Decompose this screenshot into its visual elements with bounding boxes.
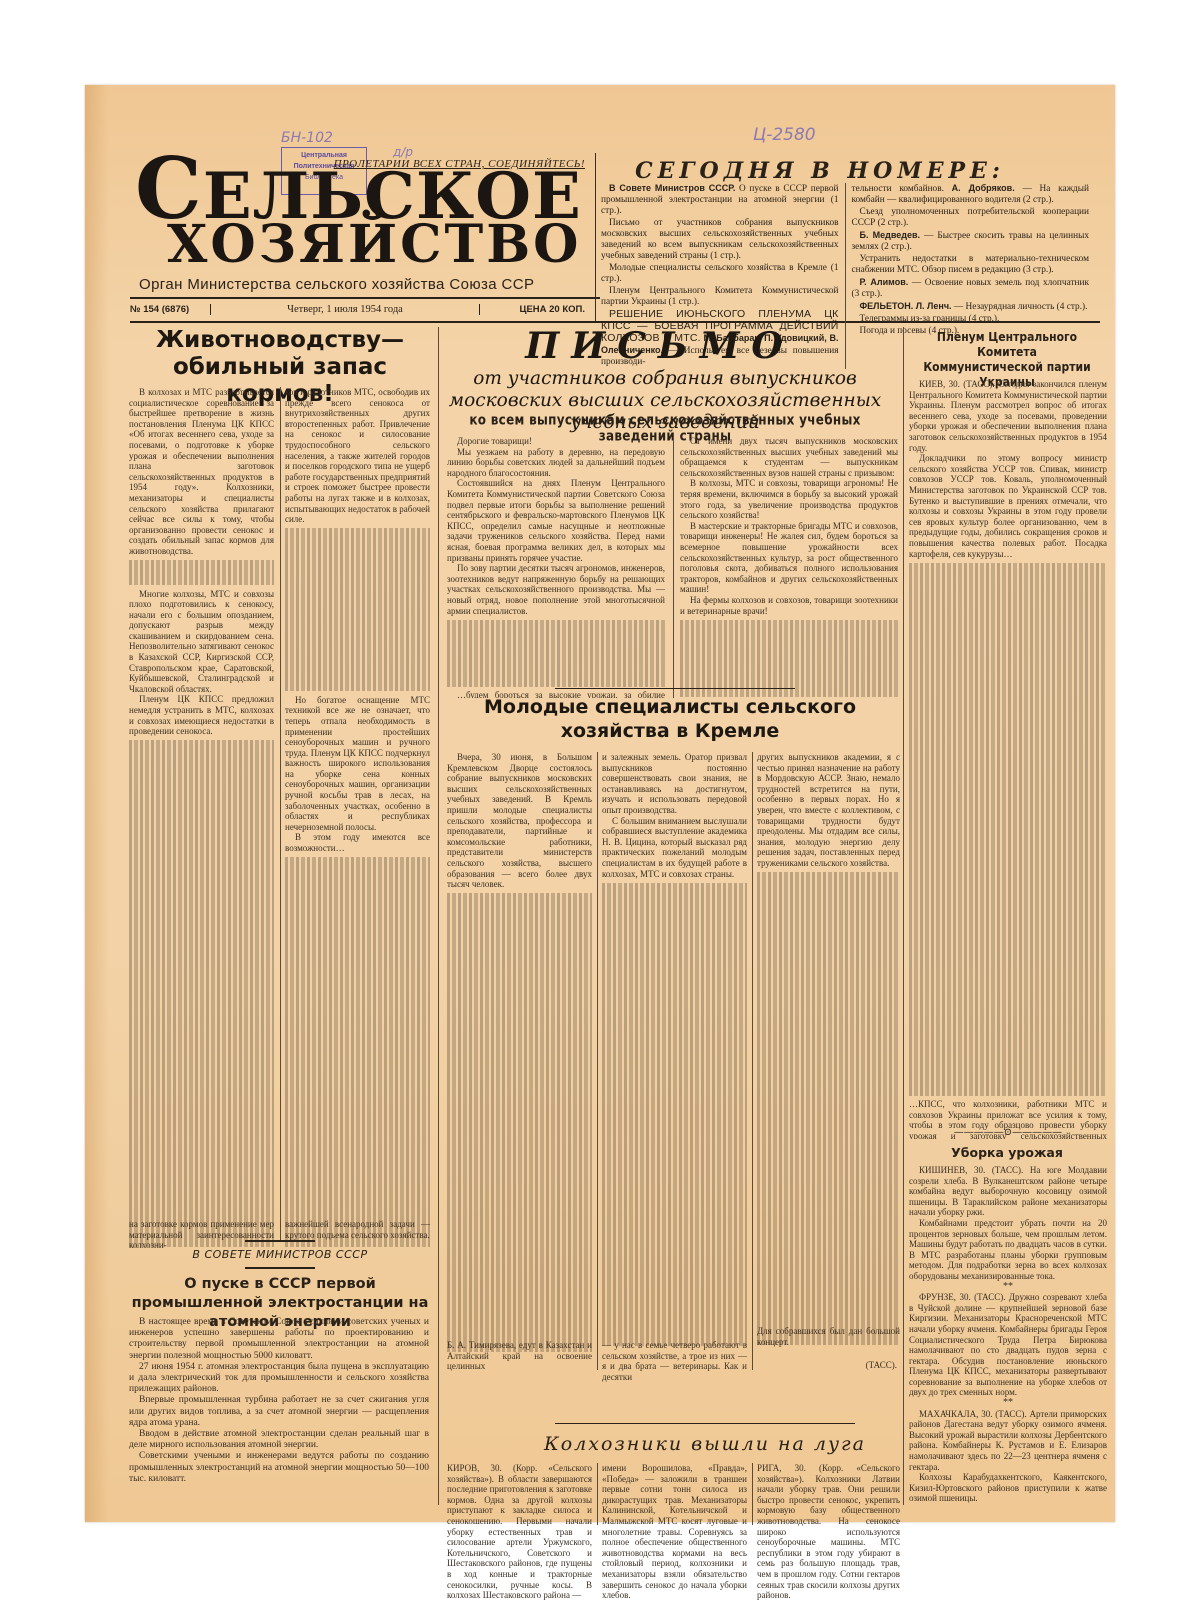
toc-item-text: Устранить недостатки в материально-техни… (852, 254, 1090, 275)
column-rule (673, 436, 674, 698)
ornament: —————⊙————— (909, 1127, 1107, 1138)
toc-item[interactable]: ФЕЛЬЕТОН. Л. Ленч. — Незаурядная личност… (852, 301, 1090, 313)
masthead-subtitle: Орган Министерства сельского хозяйства С… (139, 276, 534, 293)
livestock-col1: В колхозах и МТС развертывается социалис… (129, 387, 274, 1247)
article-paragraph: Впервые промышленная турбина работает не… (129, 1395, 429, 1429)
young-col1: Вчера, 30 июня, в Большом Кремлевском Дв… (447, 752, 592, 1352)
illegible-text (129, 737, 274, 1247)
toc-item-text: — Незаурядная личность (4 стр.). (952, 302, 1088, 312)
article-paragraph: Докладчики по этому вопросу министр сель… (909, 453, 1107, 559)
newspaper-page: БН-102 Центральная Политехническая Библи… (85, 85, 1115, 1522)
harvest-headline: Уборка урожая (907, 1145, 1107, 1160)
livestock-col2: ков и работников МТС, освободив их прежд… (285, 387, 430, 1247)
meadows-col1: КИРОВ, 30. (Корр. «Сельского хозяйства»)… (447, 1463, 592, 1600)
section-rule (555, 688, 795, 689)
masthead-title-line2: хозяйство (167, 219, 581, 271)
toc-item-text: Молодые специалисты сельского хозяйства … (601, 263, 839, 284)
toc-item-text: Письмо от участников собрания выпускнико… (601, 218, 839, 261)
agency-credit: (ТАСС). (757, 1360, 897, 1371)
young-specialists-headline: Молодые специалисты сельского хозяйства … (450, 695, 890, 743)
illegible-text (285, 525, 430, 695)
article-paragraph: ФРУНЗЕ, 30. (ТАСС). Дружно созревают хле… (909, 1292, 1107, 1398)
ornament: ** (909, 1282, 1107, 1293)
article-paragraph: Мы уезжаем на работу в деревню, на перед… (447, 447, 665, 479)
illegible-text (909, 559, 1107, 1099)
article-paragraph: КИШИНЕВ, 30. (ТАСС). На юге Молдавии соз… (909, 1165, 1107, 1218)
article-paragraph: Комбайнами предстоит убрать почти на 20 … (909, 1218, 1107, 1282)
toc-item[interactable]: Телеграммы из-за границы (4 стр.). (852, 314, 1090, 325)
toc-item-text: тельности комбайнов. (852, 184, 952, 194)
article-paragraph: 27 июня 1954 г. атомная электростанция б… (129, 1362, 429, 1396)
meadows-col3: РИГА, 30. (Корр. «Сельского хозяйства»).… (757, 1463, 900, 1600)
illegible-text (447, 890, 592, 1352)
toc-item[interactable]: тельности комбайнов. А. Добряков. — На к… (852, 183, 1090, 206)
ornament: ** (909, 1398, 1107, 1409)
column-rule (752, 1463, 753, 1525)
column-rule (438, 327, 439, 1505)
livestock-ending-col2: важнейшей всенародной задачи — крутого п… (285, 1219, 430, 1240)
toc-item-text: Телеграммы из-за границы (4 стр.). (860, 314, 1000, 324)
article-paragraph: Многие колхозы, МТС и совхозы плохо подг… (129, 589, 274, 695)
council-kicker: В СОВЕТЕ МИНИСТРОВ СССР (125, 1248, 435, 1261)
column-rule (597, 752, 598, 1370)
meadows-col2: имени Ворошилова, «Правда», «Победа» — з… (602, 1463, 747, 1600)
young-col3: других выпускников академии, я с честью … (757, 752, 900, 1347)
column-rule (597, 1463, 598, 1525)
atomic-plant-body: В настоящее время в Советском Союзе усил… (129, 1317, 429, 1485)
issue-number: № 154 (6876) (130, 304, 210, 315)
letter-col1: Дорогие товарищи! Мы уезжаем на работу в… (447, 436, 665, 698)
illegible-text (602, 879, 747, 1349)
article-paragraph: В настоящее время в Советском Союзе усил… (129, 1317, 429, 1362)
article-paragraph: Но богатое оснащение МТС техникой все же… (285, 695, 430, 833)
article-paragraph: В этом году имеются все возможности… (285, 832, 430, 853)
section-rule (555, 1423, 855, 1424)
toc-item[interactable]: Письмо от участников собрания выпускнико… (601, 218, 839, 262)
article-paragraph: По зову партии десятки тысяч агрономов, … (447, 563, 665, 616)
toc-item-bold: В Совете Министров СССР. (609, 183, 735, 193)
livestock-ending-col1: на заготовке кормов применение мер матер… (129, 1219, 274, 1251)
illegible-text (757, 869, 900, 1347)
illegible-text (447, 616, 665, 690)
article-paragraph: других выпускников академии, я с честью … (757, 752, 900, 869)
article-paragraph: Вчера, 30 июня, в Большом Кремлевском Дв… (447, 752, 592, 890)
column-rule (280, 387, 281, 1242)
toc-item[interactable]: Р. Алимов. — Освоение новых земель под х… (852, 277, 1090, 300)
toc-item[interactable]: Б. Медведев. — Быстрее скосить травы на … (852, 230, 1090, 253)
toc-item-bold: Р. Алимов. (860, 277, 909, 287)
toc-item-bold: ФЕЛЬЕТОН. Л. Ленч. (860, 301, 952, 311)
illegible-text (285, 854, 430, 1247)
toc-item[interactable]: Съезд уполномоченных потребительской коо… (852, 207, 1090, 229)
meadows-headline: Колхозники вышли на луга (525, 1433, 885, 1455)
article-paragraph: КИЕВ, 30. (ТАСС). Сегодня закончился пле… (909, 379, 1107, 453)
article-paragraph: ков и работников МТС, освободив их прежд… (285, 387, 430, 525)
column-rule (752, 752, 753, 1370)
toc-item-bold: А. Добряков. (952, 183, 1015, 193)
illegible-text (129, 557, 274, 589)
letter-col2: От имени двух тысяч выпускников московск… (680, 436, 898, 698)
toc-item-bold: Б. Медведев. (860, 230, 921, 240)
column-rule (903, 327, 904, 1505)
article-paragraph: На фермы колхозов и совхозов, товарищи з… (680, 595, 898, 616)
toc-item[interactable]: Пленум Центрального Комитета Коммунистич… (601, 286, 839, 308)
article-paragraph: В мастерские и тракторные бригады МТС и … (680, 521, 898, 595)
young-ending-col1: Б. А. Тимирязева, едут в Казахстан и Алт… (447, 1340, 592, 1372)
issue-price: ЦЕНА 20 КОП. (480, 304, 585, 315)
article-paragraph: и залежных земель. Оратор призвал выпуск… (602, 752, 747, 816)
young-col2: и залежных земель. Оратор призвал выпуск… (602, 752, 747, 1352)
toc-item[interactable]: Молодые специалисты сельского хозяйства … (601, 263, 839, 285)
young-ending-col2: — у нас в семье четверо работают в сельс… (602, 1340, 747, 1382)
issue-date: Четверг, 1 июля 1954 года (210, 304, 480, 315)
toc-item-text: Съезд уполномоченных потребительской коо… (852, 207, 1090, 228)
article-paragraph: С большим вниманием выслушали собравшиес… (602, 816, 747, 880)
today-in-issue-title: СЕГОДНЯ В НОМЕРЕ: (610, 158, 1030, 184)
letter-headline: ПИСЬМО (445, 325, 875, 367)
toc-item[interactable]: Устранить недостатки в материально-техни… (852, 254, 1090, 276)
ornament-rule (245, 1267, 315, 1269)
stamp-number: БН-102 (281, 130, 333, 146)
issue-info-bar: № 154 (6876) Четверг, 1 июля 1954 года Ц… (130, 299, 585, 319)
article-paragraph: Колхозы Карабудахкентского, Каякентского… (909, 1472, 1107, 1504)
toc-item[interactable]: В Совете Министров СССР. О пуске в СССР … (601, 183, 839, 217)
young-ending-col3: Для собравшихся был дан большой концерт. (757, 1326, 900, 1347)
article-paragraph: Вводом в действие атомной электростанции… (129, 1429, 429, 1451)
article-paragraph: В колхозы, МТС и совхозы, товарищи агрон… (680, 478, 898, 520)
article-paragraph: Состоявшийся на днях Пленум Центрального… (447, 478, 665, 563)
article-paragraph: Дорогие товарищи! (447, 436, 665, 447)
ukraine-plenum-body: КИЕВ, 30. (ТАСС). Сегодня закончился пле… (909, 379, 1107, 1139)
article-paragraph: Пленум ЦК КПСС предложил немедля устрани… (129, 694, 274, 736)
article-paragraph: В колхозах и МТС развертывается социалис… (129, 387, 274, 557)
harvest-body: КИШИНЕВ, 30. (ТАСС). На юге Молдавии соз… (909, 1165, 1107, 1515)
toc-item-text: Пленум Центрального Комитета Коммунистич… (601, 286, 839, 307)
illegible-text (680, 616, 898, 698)
article-paragraph: МАХАЧКАЛА, 30. (ТАСС). Артели приморских… (909, 1409, 1107, 1473)
article-paragraph: Советскими учеными и инженерами ведутся … (129, 1451, 429, 1485)
article-paragraph: От имени двух тысяч выпускников московск… (680, 436, 898, 478)
catalog-number: Ц-2580 (753, 125, 816, 145)
ornament-rule (245, 1240, 315, 1242)
